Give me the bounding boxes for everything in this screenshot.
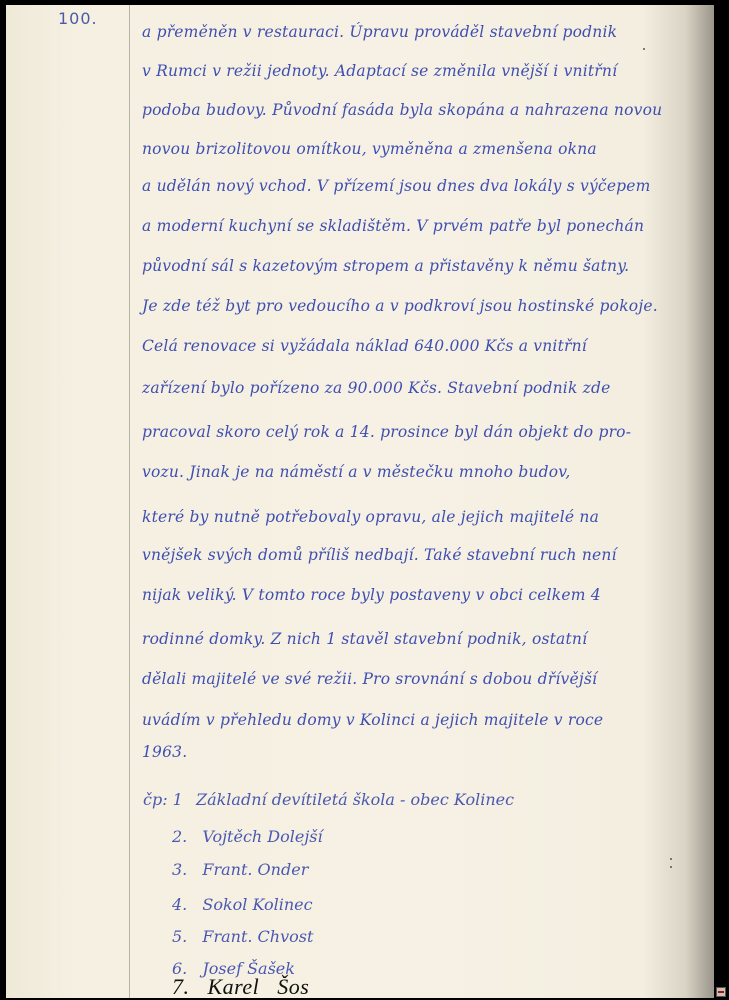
list-item: 3. Frant. Onder xyxy=(172,860,308,879)
printed-last-name: Šos xyxy=(277,974,309,999)
text-line: a udělán nový vchod. V přízemí jsou dnes… xyxy=(142,177,651,195)
text-line: zařízení bylo pořízeno za 90.000 Kčs. St… xyxy=(142,379,611,397)
list-item-number: 4. xyxy=(172,895,187,914)
text-line: novou brizolitovou omítkou, vyměněna a z… xyxy=(142,140,597,158)
text-line: Celá renovace si vyžádala náklad 640.000… xyxy=(142,337,587,355)
list-item-text: Základní devítiletá škola - obec Kolinec xyxy=(196,790,514,809)
list-item: 2. Vojtěch Dolejší xyxy=(172,827,323,846)
printed-first-name: Karel xyxy=(208,974,260,999)
paper-speck xyxy=(643,48,645,50)
printed-list-item: 7.KarelŠos xyxy=(172,974,309,1000)
list-item-text: Vojtěch Dolejší xyxy=(202,827,322,846)
margin-rule xyxy=(129,5,130,998)
text-line: pracoval skoro celý rok a 14. prosince b… xyxy=(142,423,631,441)
text-line: 1963. xyxy=(142,743,187,761)
list-item-number: čp: 1 xyxy=(143,790,183,809)
printed-item-number: 7. xyxy=(172,974,190,999)
paper-speck xyxy=(670,858,672,860)
document-page: 100. a přeměněn v restauraci. Úpravu pro… xyxy=(6,5,714,998)
text-line: vnějšek svých domů příliš nedbají. Také … xyxy=(142,546,617,564)
text-line: v Rumci v režii jednoty. Adaptací se změ… xyxy=(142,62,617,80)
list-item-number: 2. xyxy=(172,827,187,846)
text-line: které by nutně potřebovaly opravu, ale j… xyxy=(142,508,599,526)
list-item: 5. Frant. Chvost xyxy=(172,927,313,946)
text-line: Je zde též byt pro vedoucího a v podkrov… xyxy=(142,297,658,315)
text-line: vozu. Jinak je na náměstí a v městečku m… xyxy=(142,463,571,481)
page-number: 100. xyxy=(58,9,98,28)
text-line: původní sál s kazetovým stropem a přista… xyxy=(142,257,629,275)
list-item: 4. Sokol Kolinec xyxy=(172,895,313,914)
list-item-text: Sokol Kolinec xyxy=(202,895,312,914)
minimize-icon[interactable] xyxy=(716,987,726,997)
text-line: a moderní kuchyní se skladištěm. V prvém… xyxy=(142,217,644,235)
list-item-number: 5. xyxy=(172,927,187,946)
text-line: uvádím v přehledu domy v Kolinci a jejic… xyxy=(142,711,603,729)
paper-speck xyxy=(670,866,672,868)
list-item: čp: 1 Základní devítiletá škola - obec K… xyxy=(143,790,514,809)
text-line: rodinné domky. Z nich 1 stavěl stavební … xyxy=(142,630,587,648)
text-line: nijak veliký. V tomto roce byly postaven… xyxy=(142,586,601,604)
text-line: a přeměněn v restauraci. Úpravu prováděl… xyxy=(142,23,617,41)
list-item-text: Frant. Chvost xyxy=(202,927,313,946)
text-line: podoba budovy. Původní fasáda byla skopá… xyxy=(142,101,662,119)
text-line: dělali majitelé ve své režii. Pro srovná… xyxy=(142,670,597,688)
list-item-text: Frant. Onder xyxy=(202,860,308,879)
list-item-number: 3. xyxy=(172,860,187,879)
